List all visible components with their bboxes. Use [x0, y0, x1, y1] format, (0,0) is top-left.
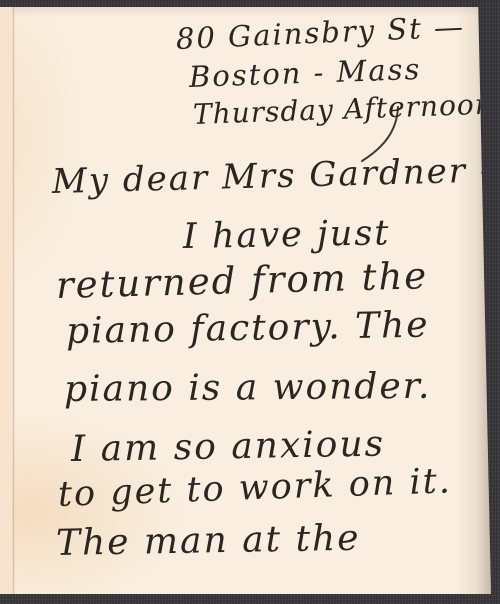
- body-line: returned from the: [56, 257, 429, 304]
- body-line: piano factory. The: [66, 308, 430, 350]
- address-line-2: Boston - Mass: [188, 55, 421, 92]
- letter-page: 80 Gainsbry St — Boston - Mass Thursday …: [0, 7, 491, 594]
- back-leaf-edge: [0, 7, 12, 594]
- body-line: I am so anxious: [71, 427, 386, 468]
- dateline: Thursday Afternoon.: [193, 90, 500, 129]
- salutation: My dear Mrs Gardner —: [52, 153, 500, 199]
- fold-crease: [12, 7, 15, 594]
- body-line: The man at the: [56, 521, 361, 562]
- address-line-1: 80 Gainsbry St —: [175, 12, 465, 54]
- body-line: I have just: [183, 216, 391, 255]
- body-line: piano is a wonder.: [64, 369, 432, 408]
- body-line: to get to work on it.: [57, 464, 452, 513]
- scan-backdrop: 80 Gainsbry St — Boston - Mass Thursday …: [0, 0, 500, 604]
